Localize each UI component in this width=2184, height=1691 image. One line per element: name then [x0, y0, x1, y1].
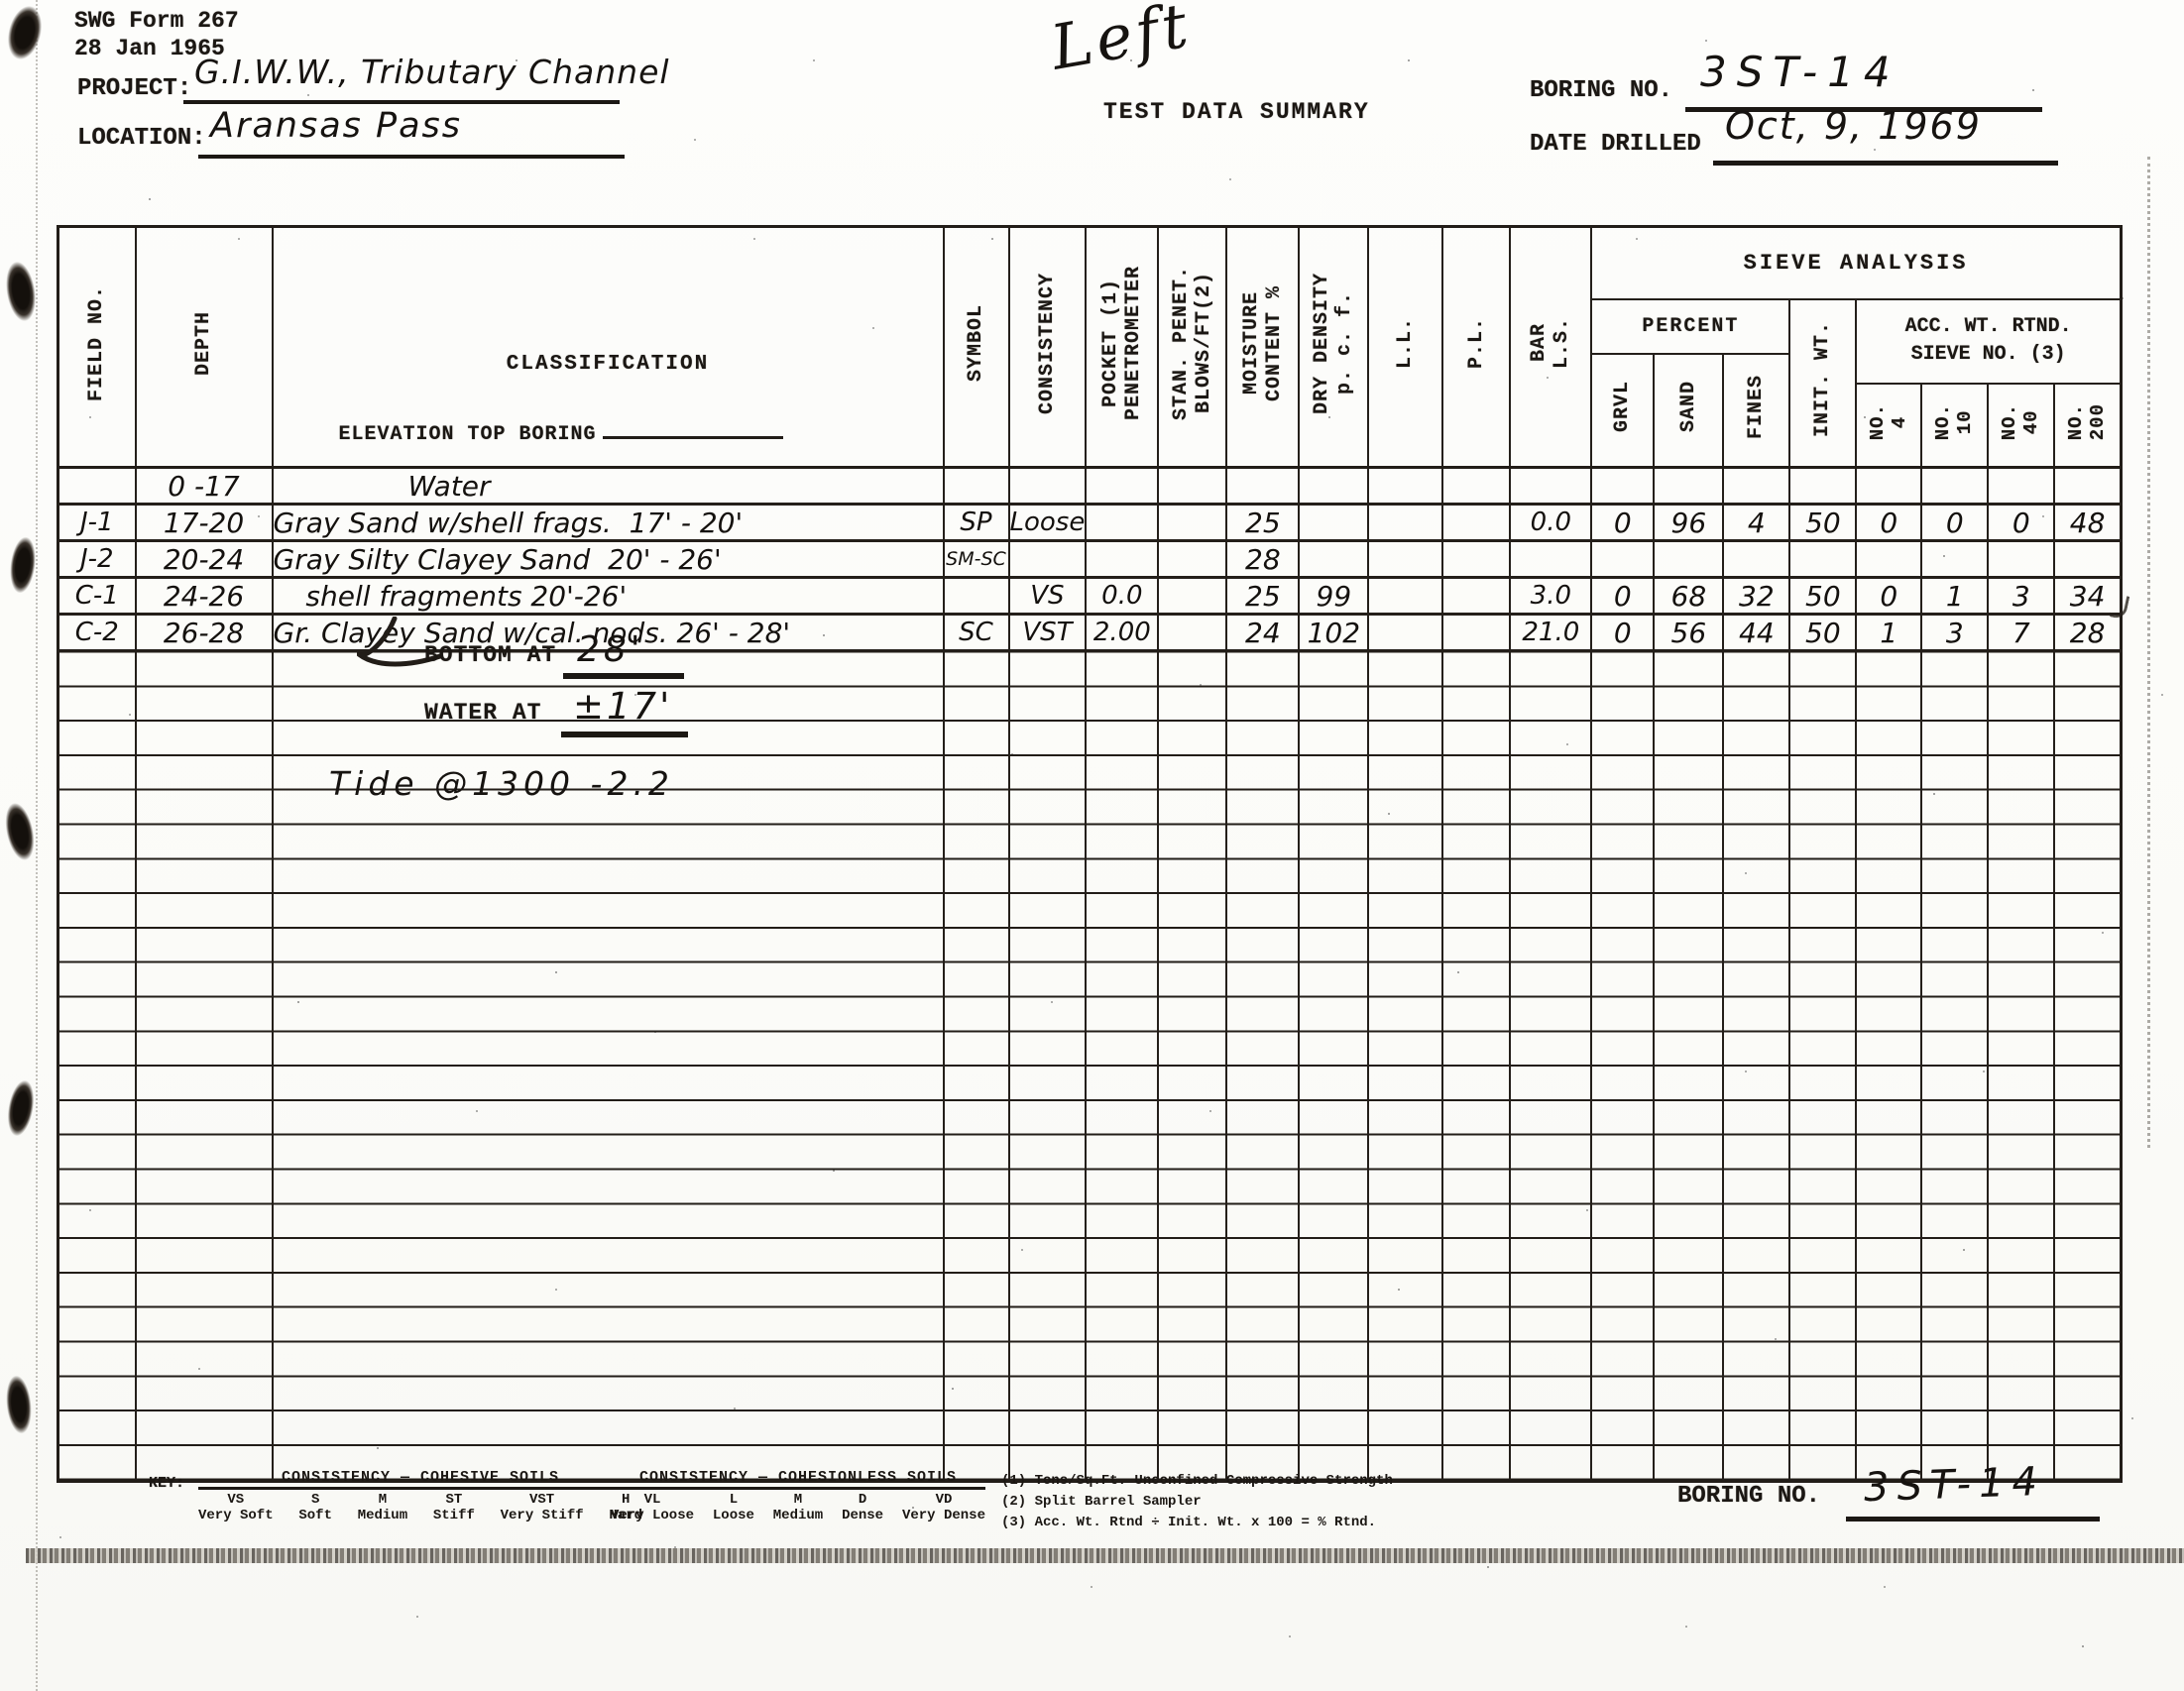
table-row: 0 -17 Water — [58, 468, 2122, 505]
key-term: Medium — [773, 1508, 823, 1523]
cell-symbol: SP — [944, 505, 1009, 541]
key-cohesive-group: CONSISTENCY — COHESIVE SOILS VSVery Soft… — [198, 1469, 642, 1523]
key-item: MMedium — [358, 1492, 407, 1523]
cell-dry-density — [1299, 541, 1368, 578]
col-header-stan-penet: STAN. PENET. BLOWS/FT(2) — [1158, 227, 1226, 468]
cell-depth: 24-26 — [136, 578, 273, 615]
key-item: VSTVery Stiff — [501, 1492, 584, 1523]
location-underline — [198, 155, 625, 159]
cell-consistency — [1009, 541, 1087, 578]
col-header-field-no: FIELD NO. — [58, 227, 136, 468]
cell-fines — [1723, 468, 1789, 505]
cell-classification: Gray Silty Clayey Sand 20' - 26' — [273, 541, 944, 578]
footnote-1: (1) Tons/Sq.Ft. Unconfined Compressive S… — [1001, 1471, 1393, 1492]
cell-fines: 32 — [1723, 578, 1789, 615]
cell-classification: Gray Sand w/shell frags. 17' - 20' — [273, 505, 944, 541]
ll-label: L.L. — [1394, 317, 1417, 369]
cell-blows — [1158, 615, 1226, 651]
key-abbr: VS — [198, 1492, 274, 1508]
key-abbr: L — [713, 1492, 754, 1508]
cell-bar-ls — [1510, 468, 1591, 505]
cell-init-wt — [1789, 468, 1856, 505]
page-edge-right — [2147, 157, 2150, 1148]
cell-no200 — [2054, 468, 2121, 505]
page-edge-left — [36, 0, 38, 1691]
cell-no40 — [1988, 468, 2054, 505]
cell-no200 — [2054, 541, 2121, 578]
col-header-sand: SAND — [1654, 354, 1723, 468]
cell-no40: 3 — [1988, 578, 2054, 615]
cell-symbol: SC — [944, 615, 1009, 651]
cell-sand — [1654, 468, 1723, 505]
date-drilled-label: DATE DRILLED — [1530, 131, 1701, 158]
cell-pocket-pen — [1086, 505, 1158, 541]
cell-fines: 44 — [1723, 615, 1789, 651]
cell-moisture: 24 — [1226, 615, 1299, 651]
location-value: Aransas Pass — [210, 109, 462, 144]
ink-blob — [1, 1, 48, 65]
col-header-dry-density: DRY DENSITY p. c. f. — [1299, 227, 1368, 468]
col-header-symbol: SYMBOL — [944, 227, 1009, 468]
cell-no200: 34 — [2054, 578, 2121, 615]
cell-pocket-pen: 0.0 — [1086, 578, 1158, 615]
bar-ls-label: BAR L.S. — [1528, 317, 1573, 369]
cell-ll — [1368, 468, 1442, 505]
cell-grvl — [1591, 468, 1654, 505]
cell-grvl: 0 — [1591, 505, 1654, 541]
boring-no-label: BORING NO. — [1530, 77, 1672, 104]
key-item: VDVery Dense — [902, 1492, 985, 1523]
key-term: Very Dense — [902, 1508, 985, 1523]
footer-boring-no-value: 3ST-14 — [1863, 1462, 2045, 1508]
footnote-3: (3) Acc. Wt. Rtnd ÷ Init. Wt. x 100 = % … — [1001, 1513, 1393, 1533]
key-term: Very Loose — [611, 1508, 694, 1523]
ink-blob — [0, 799, 40, 864]
ink-blob — [3, 1373, 35, 1436]
cell-no40: 0 — [1988, 505, 2054, 541]
cell-moisture: 28 — [1226, 541, 1299, 578]
cell-pl — [1442, 541, 1510, 578]
fines-label: FINES — [1745, 375, 1768, 439]
cell-dry-density — [1299, 468, 1368, 505]
col-header-consistency: CONSISTENCY — [1009, 227, 1087, 468]
cell-blows — [1158, 578, 1226, 615]
key-item: MMedium — [773, 1492, 823, 1523]
ink-blob — [3, 1076, 39, 1140]
table-row: J-2 20-24 Gray Silty Clayey Sand 20' - 2… — [58, 541, 2122, 578]
cell-field-no: J-2 — [58, 541, 136, 578]
cell-no200: 28 — [2054, 615, 2121, 651]
cell-no10: 1 — [1921, 578, 1988, 615]
key-item: VLVery Loose — [611, 1492, 694, 1523]
elevation-label-text: ELEVATION TOP BORING — [339, 423, 597, 446]
cell-pl — [1442, 468, 1510, 505]
cell-ll — [1368, 615, 1442, 651]
cell-sand: 96 — [1654, 505, 1723, 541]
no40-label: NO. 40 — [2000, 403, 2043, 440]
key-cohesionless-title: CONSISTENCY — COHESIONLESS SOILS — [611, 1469, 985, 1490]
key-term: Very Soft — [198, 1508, 274, 1523]
project-value: G.I.W.W., Tributary Channel — [194, 56, 670, 88]
bottom-at-value: 28' — [577, 632, 644, 668]
col-header-bar-ls: BAR L.S. — [1510, 227, 1591, 468]
col-header-classification: CLASSIFICATION ELEVATION TOP BORING — [273, 227, 944, 468]
cell-ll — [1368, 578, 1442, 615]
water-at-underline — [561, 732, 688, 737]
cell-pocket-pen — [1086, 541, 1158, 578]
key-abbr: VD — [902, 1492, 985, 1508]
cell-pl — [1442, 578, 1510, 615]
test-data-table: FIELD NO. DEPTH CLASSIFICATION ELEVATION… — [57, 225, 2123, 1483]
cell-consistency: Loose — [1009, 505, 1087, 541]
elevation-blank-line — [603, 416, 783, 439]
scan-noise — [0, 0, 2, 2]
cell-init-wt — [1789, 541, 1856, 578]
cell-no4 — [1856, 541, 1921, 578]
col-header-init-wt: INIT. WT. — [1789, 299, 1856, 468]
cell-grvl — [1591, 541, 1654, 578]
cell-symbol: SM-SC — [944, 541, 1009, 578]
moisture-label: MOISTURE CONTENT % — [1240, 285, 1286, 401]
water-at-label: WATER AT — [424, 700, 541, 726]
cell-dry-density: 99 — [1299, 578, 1368, 615]
boring-no-value: 3ST-14 — [1700, 52, 1900, 93]
date-drilled-underline — [1713, 161, 2058, 166]
cell-moisture — [1226, 468, 1299, 505]
cell-field-no: C-2 — [58, 615, 136, 651]
dry-density-label: DRY DENSITY p. c. f. — [1311, 273, 1356, 414]
cell-depth: 17-20 — [136, 505, 273, 541]
table-row: J-1 17-20 Gray Sand w/shell frags. 17' -… — [58, 505, 2122, 541]
cell-classification: shell fragments 20'-26' — [273, 578, 944, 615]
classification-label: CLASSIFICATION — [274, 353, 943, 376]
no200-label: NO. 200 — [2066, 403, 2110, 440]
cell-no10: 3 — [1921, 615, 1988, 651]
cell-consistency: VS — [1009, 578, 1087, 615]
form-title: TEST DATA SUMMARY — [1103, 99, 1370, 125]
key-abbr: M — [358, 1492, 407, 1508]
cell-pl — [1442, 615, 1510, 651]
cell-init-wt: 50 — [1789, 578, 1856, 615]
key-term: Medium — [358, 1508, 407, 1523]
depth-label: DEPTH — [192, 311, 215, 376]
col-header-no40: NO. 40 — [1988, 384, 2054, 468]
cell-pocket-pen — [1086, 468, 1158, 505]
cell-no4 — [1856, 468, 1921, 505]
elevation-top-boring-label: ELEVATION TOP BORING — [339, 416, 783, 446]
footer-boring-no-label: BORING NO. — [1677, 1483, 1820, 1510]
cell-no10: 0 — [1921, 505, 1988, 541]
cell-no40 — [1988, 541, 2054, 578]
bottom-at-label: BOTTOM AT — [424, 642, 556, 668]
consistency-label: CONSISTENCY — [1036, 273, 1059, 414]
pocket-penetrometer-label: POCKET (1) PENETROMETER — [1099, 266, 1145, 420]
cell-ll — [1368, 505, 1442, 541]
acc-wt-rtnd-header: ACC. WT. RTND. SIEVE NO. (3) — [1856, 299, 2121, 384]
cell-blows — [1158, 541, 1226, 578]
cell-consistency — [1009, 468, 1087, 505]
cell-sand: 68 — [1654, 578, 1723, 615]
cell-consistency: VST — [1009, 615, 1087, 651]
cell-pl — [1442, 505, 1510, 541]
col-header-fines: FINES — [1723, 354, 1789, 468]
col-header-ll: L.L. — [1368, 227, 1442, 468]
project-label: PROJECT: — [77, 75, 191, 102]
cell-symbol — [944, 468, 1009, 505]
bottom-at-underline — [563, 673, 684, 679]
cell-fines: 4 — [1723, 505, 1789, 541]
key-abbr: D — [842, 1492, 883, 1508]
col-header-pocket-penetrometer: POCKET (1) PENETROMETER — [1086, 227, 1158, 468]
key-abbr: M — [773, 1492, 823, 1508]
cell-no4: 1 — [1856, 615, 1921, 651]
footer-boring-no-underline — [1846, 1517, 2100, 1522]
cell-depth: 20-24 — [136, 541, 273, 578]
cell-sand: 56 — [1654, 615, 1723, 651]
footnotes: (1) Tons/Sq.Ft. Unconfined Compressive S… — [1001, 1471, 1393, 1533]
key-item: VSVery Soft — [198, 1492, 274, 1523]
sieve-analysis-header: SIEVE ANALYSIS — [1591, 227, 2121, 299]
key-abbr: S — [298, 1492, 332, 1508]
cell-no10 — [1921, 541, 1988, 578]
cell-ll — [1368, 541, 1442, 578]
key-item: DDense — [842, 1492, 883, 1523]
no10-label: NO. 10 — [1933, 403, 1977, 440]
col-header-grvl: GRVL — [1591, 354, 1654, 468]
cell-init-wt: 50 — [1789, 505, 1856, 541]
page-note-handwriting: Left — [1047, 0, 1196, 79]
sand-label: SAND — [1677, 381, 1700, 432]
cell-classification: Water — [273, 468, 944, 505]
cell-bar-ls — [1510, 541, 1591, 578]
location-label: LOCATION: — [77, 125, 206, 152]
cell-no4: 0 — [1856, 505, 1921, 541]
key-item: STStiff — [433, 1492, 475, 1523]
key-term: Soft — [298, 1508, 332, 1523]
cell-no4: 0 — [1856, 578, 1921, 615]
stan-penet-label: STAN. PENET. BLOWS/FT(2) — [1170, 266, 1215, 420]
cell-moisture: 25 — [1226, 578, 1299, 615]
key-term: Stiff — [433, 1508, 475, 1523]
init-wt-label: INIT. WT. — [1811, 321, 1834, 437]
grvl-label: GRVL — [1611, 381, 1634, 432]
cell-grvl: 0 — [1591, 615, 1654, 651]
cell-field-no — [58, 468, 136, 505]
cell-bar-ls: 21.0 — [1510, 615, 1591, 651]
cell-bar-ls: 3.0 — [1510, 578, 1591, 615]
cell-depth: 26-28 — [136, 615, 273, 651]
cell-pocket-pen: 2.00 — [1086, 615, 1158, 651]
key-cohesionless-group: CONSISTENCY — COHESIONLESS SOILS VLVery … — [611, 1469, 985, 1523]
cell-depth: 0 -17 — [136, 468, 273, 505]
ink-blob — [1, 258, 41, 325]
cell-blows — [1158, 505, 1226, 541]
key-term: Loose — [713, 1508, 754, 1523]
cell-fines — [1723, 541, 1789, 578]
key-item: LLoose — [713, 1492, 754, 1523]
pl-label: P.L. — [1465, 317, 1488, 369]
col-header-no200: NO. 200 — [2054, 384, 2121, 468]
cell-init-wt: 50 — [1789, 615, 1856, 651]
cell-dry-density — [1299, 505, 1368, 541]
col-header-no10: NO. 10 — [1921, 384, 1988, 468]
date-drilled-value: Oct, 9, 1969 — [1725, 107, 1982, 145]
col-header-moisture: MOISTURE CONTENT % — [1226, 227, 1299, 468]
col-header-no4: NO. 4 — [1856, 384, 1921, 468]
ink-blob — [6, 534, 39, 597]
scan-hatch-band — [26, 1548, 2184, 1563]
project-underline — [183, 100, 620, 104]
cell-blows — [1158, 468, 1226, 505]
key-term: Dense — [842, 1508, 883, 1523]
form-id: SWG Form 267 — [74, 8, 239, 34]
water-at-value: ±17' — [573, 688, 672, 725]
key-abbr: VST — [501, 1492, 584, 1508]
key-item: SSoft — [298, 1492, 332, 1523]
footnote-2: (2) Split Barrel Sampler — [1001, 1492, 1393, 1513]
cell-dry-density: 102 — [1299, 615, 1368, 651]
col-header-pl: P.L. — [1442, 227, 1510, 468]
col-header-depth: DEPTH — [136, 227, 273, 468]
cell-grvl: 0 — [1591, 578, 1654, 615]
cell-bar-ls: 0.0 — [1510, 505, 1591, 541]
cell-sand — [1654, 541, 1723, 578]
tide-note: Tide @1300 -2.2 — [329, 767, 674, 800]
key-abbr: ST — [433, 1492, 475, 1508]
table-row: C-1 24-26 shell fragments 20'-26' VS 0.0… — [58, 578, 2122, 615]
cell-field-no: J-1 — [58, 505, 136, 541]
cell-field-no: C-1 — [58, 578, 136, 615]
cell-no200: 48 — [2054, 505, 2121, 541]
cell-no40: 7 — [1988, 615, 2054, 651]
cell-no10 — [1921, 468, 1988, 505]
cell-symbol — [944, 578, 1009, 615]
key-abbr: VL — [611, 1492, 694, 1508]
symbol-label: SYMBOL — [965, 304, 987, 382]
key-label: KEY: — [149, 1475, 184, 1492]
key-cohesive-title: CONSISTENCY — COHESIVE SOILS — [198, 1469, 642, 1490]
field-no-label: FIELD NO. — [85, 285, 108, 401]
scanned-form-page: SWG Form 267 28 Jan 1965 PROJECT: G.I.W.… — [0, 0, 2184, 1691]
cell-moisture: 25 — [1226, 505, 1299, 541]
key-term: Very Stiff — [501, 1508, 584, 1523]
no4-label: NO. 4 — [1868, 403, 1911, 440]
percent-header: PERCENT — [1591, 299, 1789, 354]
